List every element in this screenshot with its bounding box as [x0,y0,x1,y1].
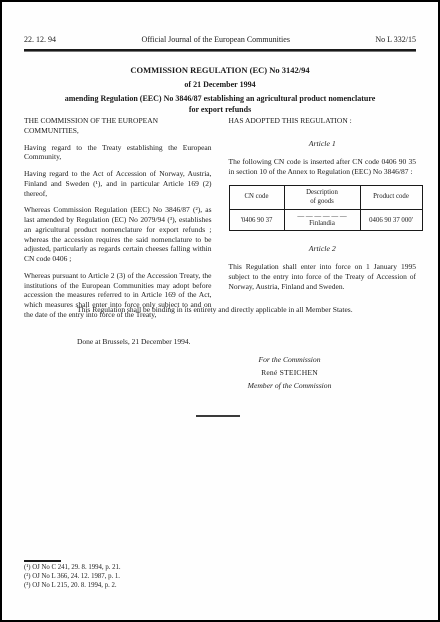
table-header-row: CN code Description of goods Product cod… [229,186,422,210]
preamble-accession-line: Having regard to the Act of Accession of… [24,169,212,198]
page-header: 22. 12. 94 Official Journal of the Europ… [24,35,416,44]
signature-block: For the Commission René STEICHEN Member … [207,354,372,393]
adopted-line: HAS ADOPTED THIS REGULATION : [229,116,417,126]
cell-product-code: 0406 90 37 000' [360,210,422,231]
preamble-commission-line: THE COMMISSION OF THE EUROPEAN COMMUNITI… [24,116,212,136]
closing-formula: This Regulation shall be binding in its … [77,305,386,347]
signature-for-line: For the Commission [207,354,372,367]
article-1-body: The following CN code is inserted after … [229,157,417,177]
cell-description: — — — — — — Finlandia [284,210,360,231]
footnote-3: (³) OJ No L 215, 20. 8. 1994, p. 2. [24,582,121,591]
binding-statement: This Regulation shall be binding in its … [77,305,386,315]
regulation-title-block: COMMISSION REGULATION (EC) No 3142/94 of… [52,65,388,116]
preamble-treaty-line: Having regard to the Treaty establishing… [24,143,212,163]
article-1-heading: Article 1 [229,139,417,148]
footnotes: (¹) OJ No C 241, 29. 8. 1994, p. 21. (²)… [24,564,121,591]
header-date: 22. 12. 94 [24,35,56,44]
right-column: HAS ADOPTED THIS REGULATION : Article 1 … [229,116,417,327]
table-header-product-code: Product code [360,186,422,210]
regulation-subtitle: amending Regulation (EEC) No 3846/87 est… [62,94,378,116]
cn-code-table: CN code Description of goods Product cod… [229,185,423,231]
regulation-date: of 21 December 1994 [52,80,388,89]
footnote-rule [24,560,61,562]
two-column-body: THE COMMISSION OF THE EUROPEAN COMMUNITI… [24,116,416,327]
article-2-heading: Article 2 [229,244,417,253]
article-2-body: This Regulation shall enter into force o… [229,262,417,291]
footnote-2: (²) OJ No L 366, 24. 12. 1987, p. 1. [24,573,121,582]
left-column: THE COMMISSION OF THE EUROPEAN COMMUNITI… [24,116,212,327]
header-issue-number: No L 332/15 [375,35,416,44]
footnote-1: (¹) OJ No C 241, 29. 8. 1994, p. 21. [24,564,121,573]
signature-name: René STEICHEN [207,367,372,380]
center-divider-rule [196,415,240,417]
table-header-cn-code: CN code [229,186,284,210]
header-rule [24,49,416,52]
recital-1: Whereas Commission Regulation (EEC) No 3… [24,205,212,264]
table-row: '0406 90 37 — — — — — — Finlandia 0406 9… [229,210,422,231]
signature-role: Member of the Commission [207,380,372,393]
regulation-title: COMMISSION REGULATION (EC) No 3142/94 [52,65,388,75]
header-journal-title: Official Journal of the European Communi… [141,35,289,44]
done-at-line: Done at Brussels, 21 December 1994. [77,337,386,347]
oj-regulation-page: 22. 12. 94 Official Journal of the Europ… [0,0,440,622]
cell-cn-code: '0406 90 37 [229,210,284,231]
table-header-description: Description of goods [284,186,360,210]
